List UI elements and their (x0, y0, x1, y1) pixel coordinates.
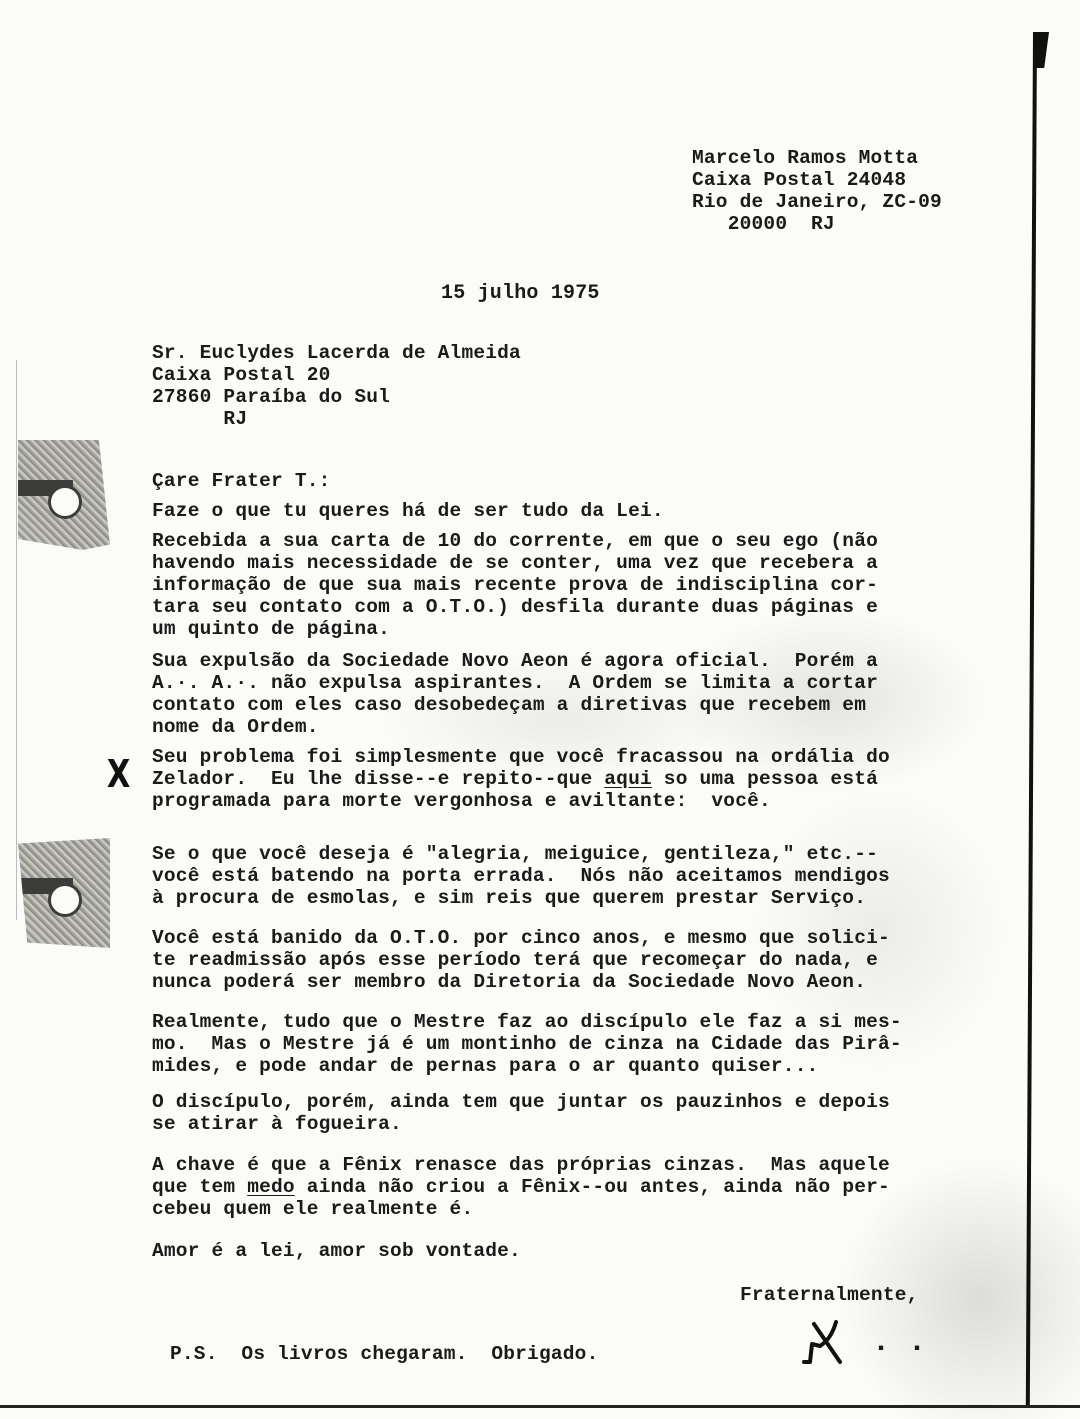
page-bottom-edge (0, 1405, 1080, 1408)
paragraph-4: Se o que você deseja é "alegria, meiguic… (152, 843, 890, 909)
page-left-edge (16, 360, 17, 920)
letter-date: 15 julho 1975 (441, 283, 600, 305)
paragraph-2: Sua expulsão da Sociedade Novo Aeon é ag… (152, 650, 878, 738)
aleph-signature-icon (796, 1318, 856, 1366)
margin-x-mark: X (107, 752, 130, 796)
paragraph-1: Recebida a sua carta de 10 do corrente, … (152, 530, 878, 640)
underlined-word: aqui (604, 768, 652, 790)
underlined-word: medo (247, 1176, 295, 1198)
paragraph-3: Seu problema foi simplesmente que você f… (152, 746, 890, 812)
paragraph-5: Você está banido da O.T.O. por cinco ano… (152, 927, 890, 993)
paragraph-7: O discípulo, porém, ainda tem que juntar… (152, 1091, 890, 1135)
closing-formula: Amor é a lei, amor sob vontade. (152, 1240, 521, 1262)
signature-dots: . . (872, 1326, 926, 1360)
signoff: Fraternalmente, (740, 1284, 919, 1306)
binder-hole-tape-bottom (18, 838, 110, 948)
page-edge-line (1026, 32, 1037, 1407)
postscript: P.S. Os livros chegaram. Obrigado. (170, 1343, 598, 1365)
punch-hole-icon (48, 485, 82, 519)
binder-hole-tape-top (18, 440, 110, 550)
scanned-letter-page: Marcelo Ramos MottaCaixa Postal 24048Rio… (0, 0, 1080, 1419)
paragraph-6: Realmente, tudo que o Mestre faz ao disc… (152, 1011, 902, 1077)
greeting: Faze o que tu queres há de ser tudo da L… (152, 500, 664, 522)
punch-hole-icon (48, 883, 82, 917)
recipient-address: Sr. Euclydes Lacerda de AlmeidaCaixa Pos… (152, 342, 521, 430)
sender-address: Marcelo Ramos MottaCaixa Postal 24048Rio… (692, 147, 942, 235)
salutation: Çare Frater T.: (152, 470, 331, 492)
paragraph-8: A chave é que a Fênix renasce das própri… (152, 1154, 890, 1220)
